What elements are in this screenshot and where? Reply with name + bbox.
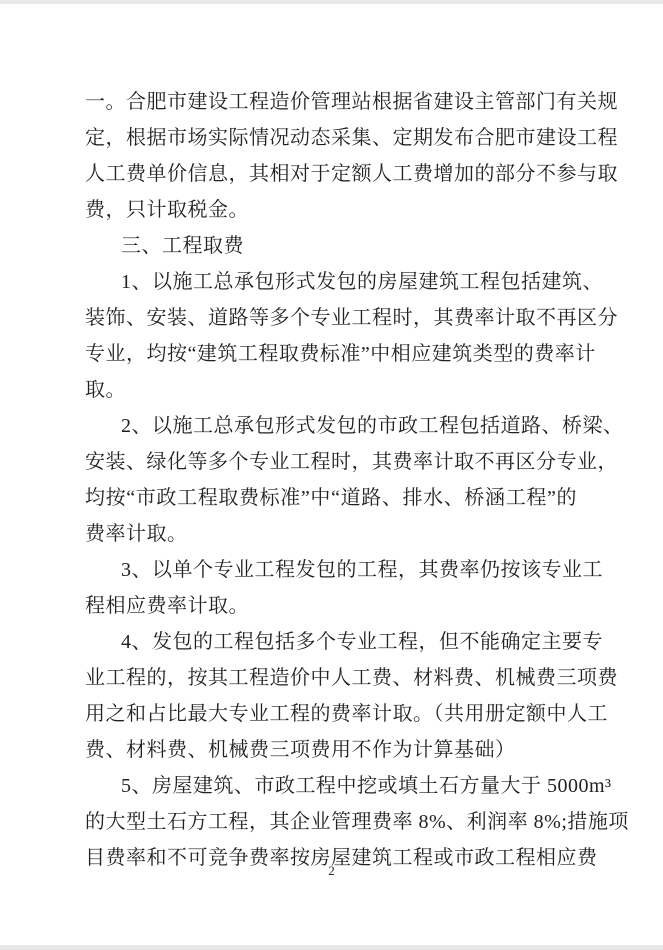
document-page: { "page": { "number": "2", "colors": { "… [0,0,663,950]
text-line: 三、工程取费 [85,228,577,264]
document-body: 一。合肥市建设工程造价管理站根据省建设主管部门有关规定，根据市场实际情况动态采集… [85,84,577,876]
page-edge-bottom [0,945,663,950]
text-line: 安装、绿化等多个专业工程时，其费率计取不再区分专业， [85,444,577,480]
text-line: 人工费单价信息，其相对于定额人工费增加的部分不参与取 [85,156,577,192]
page-number: 2 [0,863,663,879]
text-line: 3、以单个专业工程发包的工程，其费率仍按该专业工 [85,552,577,588]
text-line: 2、以施工总承包形式发包的市政工程包括道路、桥梁、 [85,408,577,444]
text-line: 一。合肥市建设工程造价管理站根据省建设主管部门有关规 [85,84,577,120]
text-line: 的大型土石方工程，其企业管理费率 8%、利润率 8%;措施项 [85,804,577,840]
text-line: 费，只计取税金。 [85,192,577,228]
text-line: 费率计取。 [85,516,577,552]
text-line: 4、发包的工程包括多个专业工程，但不能确定主要专 [85,624,577,660]
text-line: 装饰、安装、道路等多个专业工程时，其费率计取不再区分 [85,300,577,336]
text-line: 专业，均按“建筑工程取费标准”中相应建筑类型的费率计 [85,336,577,372]
text-line: 业工程的，按其工程造价中人工费、材料费、机械费三项费 [85,660,577,696]
text-line: 1、以施工总承包形式发包的房屋建筑工程包括建筑、 [85,264,577,300]
page-edge-top [0,0,663,4]
text-line: 用之和占比最大专业工程的费率计取。（共用册定额中人工 [85,696,577,732]
text-line: 取。 [85,372,577,408]
text-line: 程相应费率计取。 [85,588,577,624]
text-line: 5、房屋建筑、市政工程中挖或填土石方量大于 5000m³ [85,768,577,804]
text-line: 定，根据市场实际情况动态采集、定期发布合肥市建设工程 [85,120,577,156]
text-line: 均按“市政工程取费标准”中“道路、排水、桥涵工程”的 [85,480,577,516]
text-line: 费、材料费、机械费三项费用不作为计算基础） [85,732,577,768]
